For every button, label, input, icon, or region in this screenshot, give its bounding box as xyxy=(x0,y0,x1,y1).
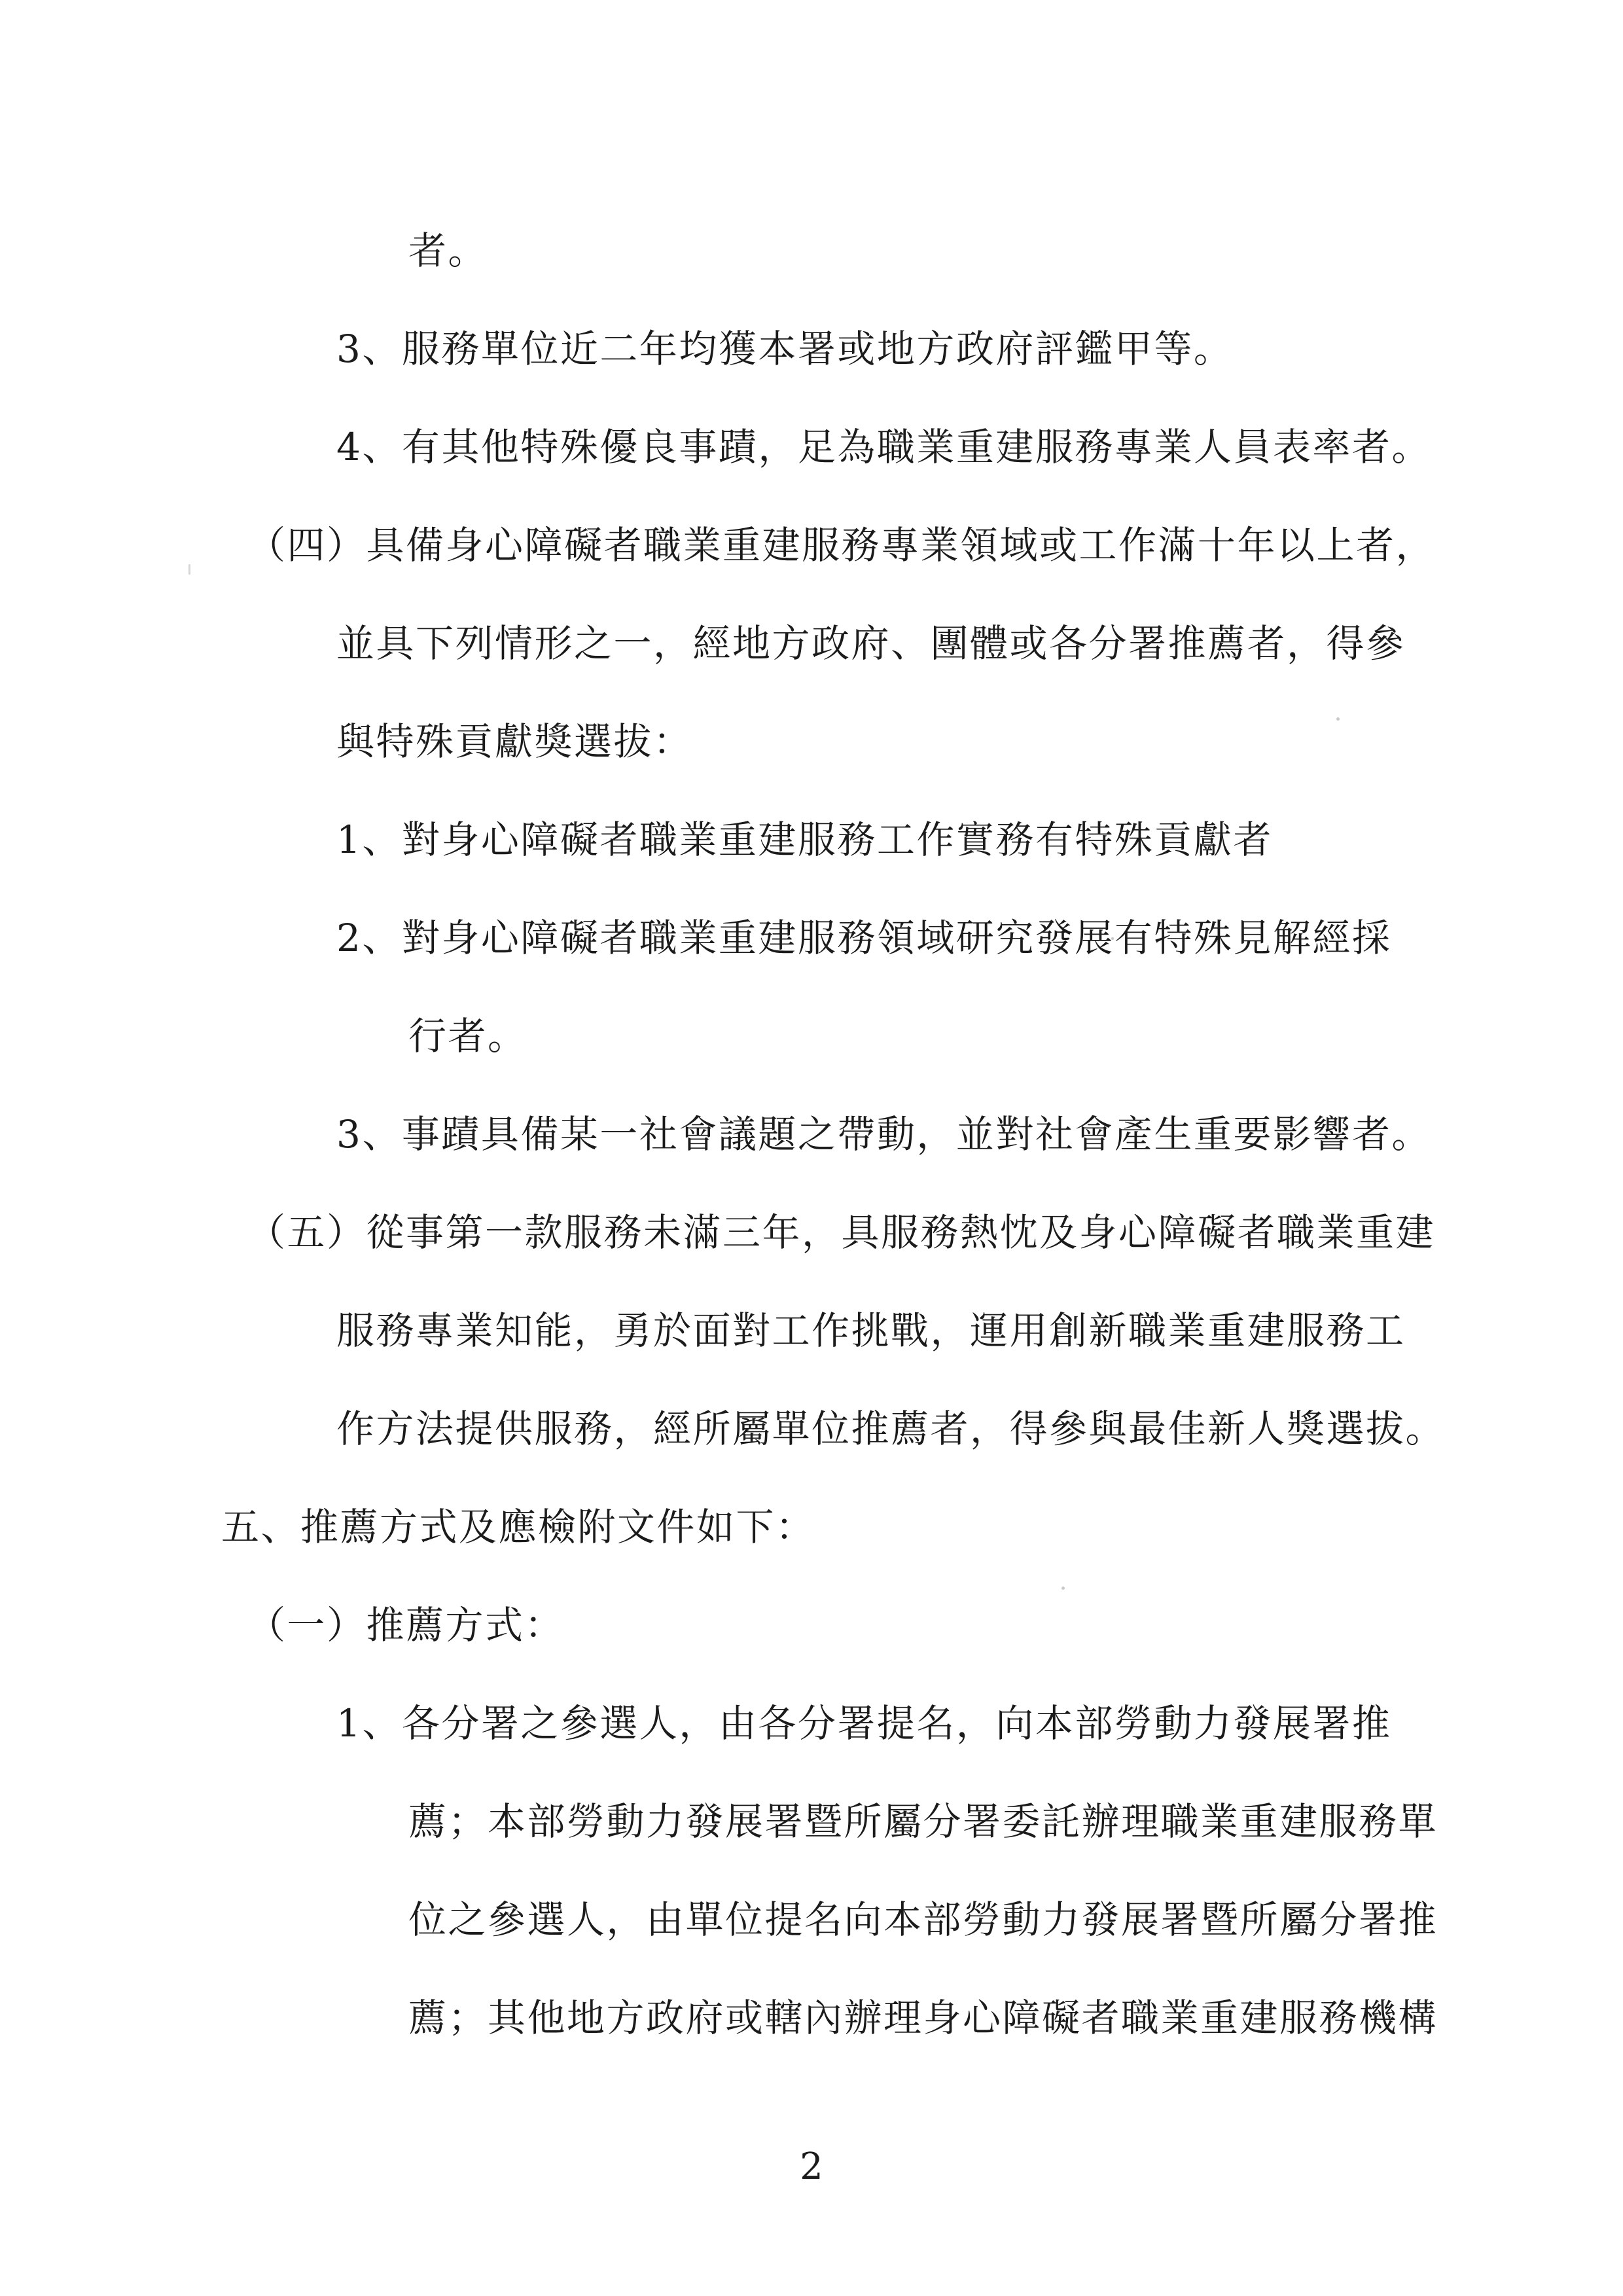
text-line: 1、對身心障礙者職業重建服務工作實務有特殊貢獻者 xyxy=(0,787,1623,886)
scan-speck xyxy=(1111,937,1114,940)
text-line: 五、推薦方式及應檢附文件如下： xyxy=(0,1475,1623,1573)
text-line: （一）推薦方式： xyxy=(0,1573,1623,1671)
text-line: 者。 xyxy=(0,198,1623,296)
scan-speck xyxy=(188,564,190,575)
text-line: 薦；本部勞動力發展署暨所屬分署委託辦理職業重建服務單 xyxy=(0,1769,1623,1867)
text-line: 與特殊貢獻獎選拔： xyxy=(0,689,1623,787)
text-line: 3、服務單位近二年均獲本署或地方政府評鑑甲等。 xyxy=(0,296,1623,395)
text-line: （五）從事第一款服務未滿三年，具服務熱忱及身心障礙者職業重建 xyxy=(0,1180,1623,1278)
text-line: 薦；其他地方政府或轄內辦理身心障礙者職業重建服務機構 xyxy=(0,1965,1623,2064)
text-line: 4、有其他特殊優良事蹟，足為職業重建服務專業人員表率者。 xyxy=(0,395,1623,493)
text-line: （四）具備身心障礙者職業重建服務專業領域或工作滿十年以上者， xyxy=(0,493,1623,591)
scan-speck xyxy=(1061,1587,1065,1590)
scan-speck xyxy=(1336,717,1340,721)
page-number: 2 xyxy=(0,2145,1623,2188)
text-line: 1、各分署之參選人，由各分署提名，向本部勞動力發展署推 xyxy=(0,1671,1623,1769)
text-line: 3、事蹟具備某一社會議題之帶動，並對社會產生重要影響者。 xyxy=(0,1082,1623,1180)
text-line: 服務專業知能，勇於面對工作挑戰，運用創新職業重建服務工 xyxy=(0,1278,1623,1376)
text-line: 並具下列情形之一，經地方政府、團體或各分署推薦者，得參 xyxy=(0,591,1623,689)
text-line: 行者。 xyxy=(0,984,1623,1082)
document-body: 者。 3、服務單位近二年均獲本署或地方政府評鑑甲等。 4、有其他特殊優良事蹟，足… xyxy=(0,198,1623,2064)
text-line: 位之參選人，由單位提名向本部勞動力發展署暨所屬分署推 xyxy=(0,1867,1623,1965)
text-line: 2、對身心障礙者職業重建服務領域研究發展有特殊見解經採 xyxy=(0,886,1623,984)
text-line: 作方法提供服務，經所屬單位推薦者，得參與最佳新人獎選拔。 xyxy=(0,1376,1623,1475)
